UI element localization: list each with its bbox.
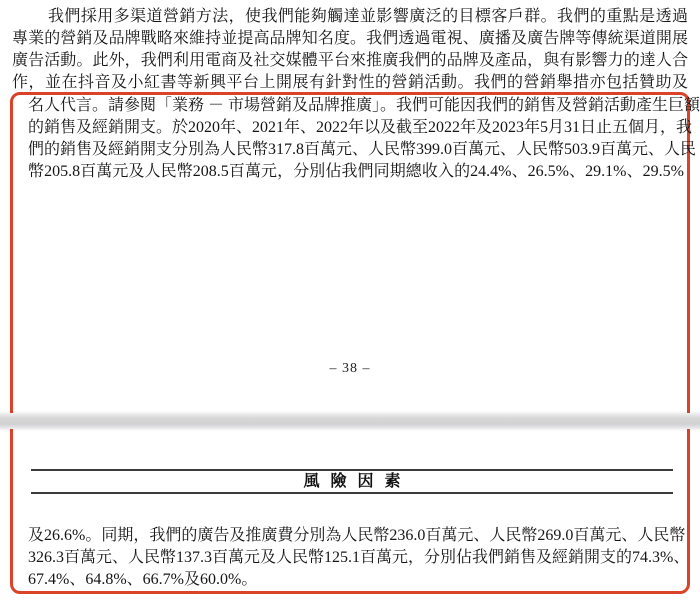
text-line: 的銷售及經銷開支。於2020年、2021年、2022年以及截至2022年及202… [28,117,684,139]
section-header-rule-bottom [31,492,673,494]
text-line: 幣205.8百萬元及人民幣208.5百萬元，分別佔我們同期總收入的24.4%、2… [28,161,684,183]
section-title-text: 風險因素 [303,473,411,490]
text-line: 名人代言。請參閱「業務 － 市場營銷及品牌推廣」。我們可能因我們的銷售及營銷活動… [28,95,684,117]
text-line: 作，並在抖音及小紅書等新興平台上開展有針對性的營銷活動。我們的營銷舉措亦包括贊助… [12,72,688,94]
text-line: 326.3百萬元、人民幣137.3百萬元及人民幣125.1百萬元，分別佔我們銷售… [28,547,684,569]
section-header-rule-top [31,469,673,471]
paragraph-marketing-channels: 我們採用多渠道營銷方法，使我們能夠觸達並影響廣泛的目標客戶群。我們的重點是透過 … [12,6,688,94]
text-line: 廣告活動。此外，我們利用電商及社交媒體平台來推廣我們的品牌及產品，與有影響力的達… [12,50,688,72]
paragraph-ad-promotion-expenses: 及26.6%。同期，我們的廣告及推廣費分別為人民幣236.0百萬元、人民幣269… [28,525,684,591]
section-title: 風險因素 [31,472,673,491]
page-separator-band [0,413,700,429]
text-line: 67.4%、64.8%、66.7%及60.0%。 [28,569,684,591]
document-page: 我們採用多渠道營銷方法，使我們能夠觸達並影響廣泛的目標客戶群。我們的重點是透過 … [0,0,700,605]
paragraph-selling-expenses: 名人代言。請參閱「業務 － 市場營銷及品牌推廣」。我們可能因我們的銷售及營銷活動… [28,95,684,183]
text-line: 專業的營銷及品牌戰略來維持並提高品牌知名度。我們透過電視、廣播及廣告牌等傳統渠道… [12,28,688,50]
page-number: – 38 – [0,361,700,377]
text-line: 及26.6%。同期，我們的廣告及推廣費分別為人民幣236.0百萬元、人民幣269… [28,525,684,547]
text-line: 們的銷售及經銷開支分別為人民幣317.8百萬元、人民幣399.0百萬元、人民幣5… [28,139,684,161]
text-line: 我們採用多渠道營銷方法，使我們能夠觸達並影響廣泛的目標客戶群。我們的重點是透過 [12,6,688,28]
